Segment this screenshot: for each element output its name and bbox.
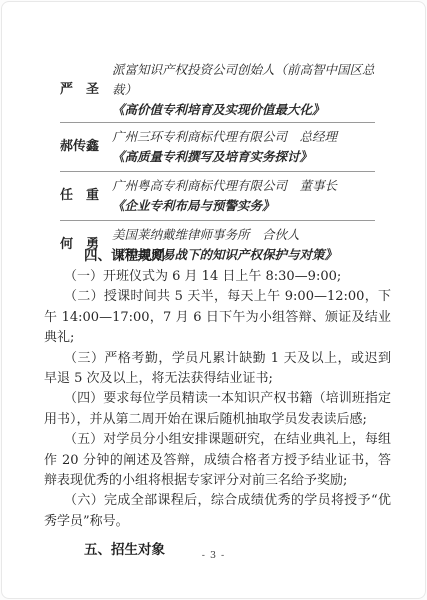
lecturer-info: 广州三环专利商标代理有限公司 总经理 《高质量专利撰写及培育实务探讨》 [106,127,375,167]
lecturer-course-title: 《高质量专利撰写及培育实务探讨》 [112,147,375,167]
rule-item-1: （一）开班仪式为 6 月 14 日上午 8:30—9:00; [44,267,391,287]
lecturer-affiliation: 派富知识产权投资公司创始人（前高智中国区总裁） [112,60,375,100]
lecturer-name: 严 圣 [60,82,106,98]
rule-item-6: （六）完成全部课程后，综合成绩优秀的学员将授予“优秀学员”称号。 [44,491,391,532]
rule-item-5: （五）对学员分小组安排课题研究，在结业典礼上，每组作 20 分钟的阐述及答辩，成… [44,430,391,491]
rule-item-3: （三）严格考勤，学员凡累计缺勤 1 天及以上，或迟到早退 5 次及以上，将无法获… [44,349,391,390]
table-row: 郝传鑫 广州三环专利商标代理有限公司 总经理 《高质量专利撰写及培育实务探讨》 [60,123,375,172]
lecturer-info: 广州粤高专利商标代理有限公司 董事长 《企业专利布局与预警实务》 [106,176,375,216]
section-heading-course-rules: 四、课程规则 [44,245,391,267]
table-row: 严 圣 派富知识产权投资公司创始人（前高智中国区总裁） 《高价值专利培育及实现价… [60,58,375,123]
course-rules-section: 四、课程规则 （一）开班仪式为 6 月 14 日上午 8:30—9:00; （二… [44,245,391,561]
lecturer-affiliation: 广州粤高专利商标代理有限公司 董事长 [112,176,375,196]
lecturer-affiliation: 广州三环专利商标代理有限公司 总经理 [112,127,375,147]
lecturer-name: 任 重 [60,188,106,204]
document-page: 严 圣 派富知识产权投资公司创始人（前高智中国区总裁） 《高价值专利培育及实现价… [1,1,426,599]
page-number: - 3 - [2,550,425,561]
rule-item-4: （四）要求每位学员精读一本知识产权书籍（培训班指定用书），并从第二周开始在课后随… [44,389,391,430]
lecturer-course-title: 《高价值专利培育及实现价值最大化》 [112,100,375,120]
lecturer-affiliation: 美国莱纳戴维律师事务所 合伙人 [112,225,375,245]
rule-item-2: （二）授课时间共 5 天半，每天上午 9:00—12:00，下午 14:00—1… [44,287,391,348]
lecturer-course-title: 《企业专利布局与预警实务》 [112,196,375,216]
lecturer-name: 郝传鑫 [60,139,106,155]
lecturer-table: 严 圣 派富知识产权投资公司创始人（前高智中国区总裁） 《高价值专利培育及实现价… [60,58,375,269]
table-row: 任 重 广州粤高专利商标代理有限公司 董事长 《企业专利布局与预警实务》 [60,172,375,221]
lecturer-info: 派富知识产权投资公司创始人（前高智中国区总裁） 《高价值专利培育及实现价值最大化… [106,60,375,120]
